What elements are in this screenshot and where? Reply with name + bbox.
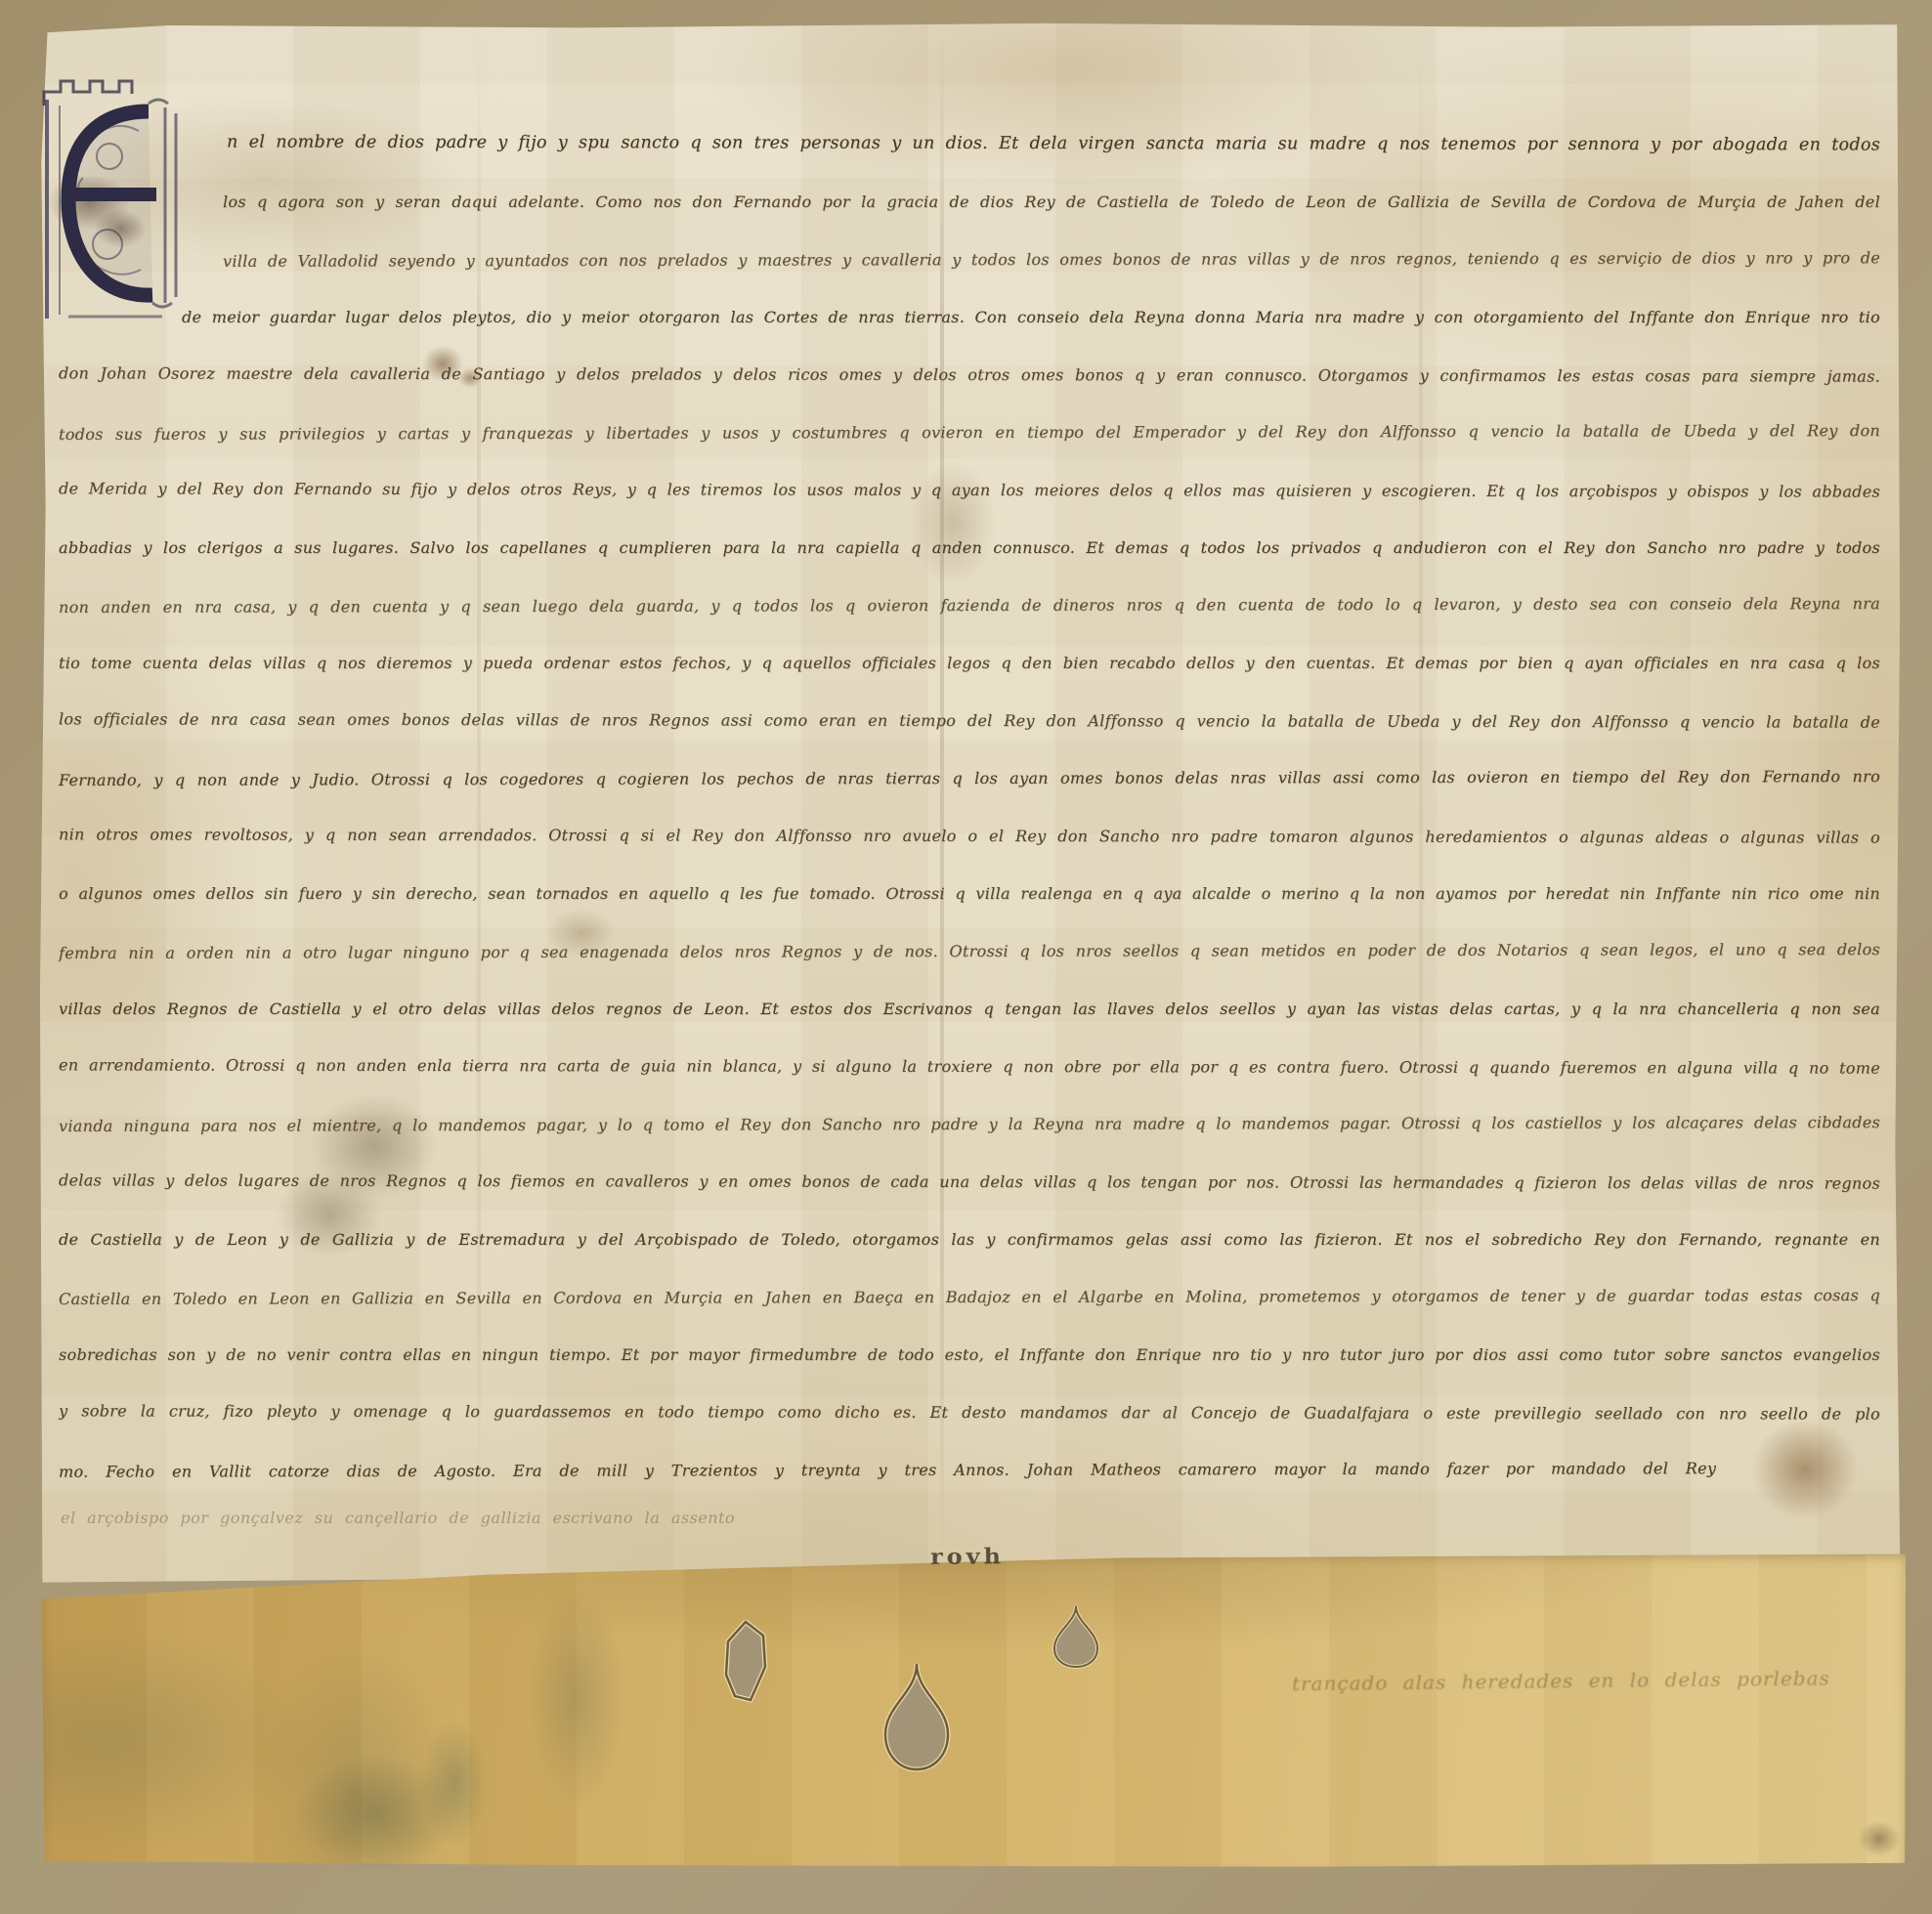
seal-slit-teardrop-right: [1052, 1604, 1100, 1673]
manuscript-line-21: Castiella en Toledo en Leon en Gallizia …: [59, 1266, 1880, 1328]
manuscript-line-16: villas delos Regnos de Castiella y el ot…: [59, 980, 1880, 1038]
manuscript-line-20: de Castiella y de Leon y de Gallizia y d…: [59, 1211, 1880, 1268]
fold-archival-mark: rovh: [930, 1541, 1067, 1572]
manuscript-line-5: don Johan Osorez maestre dela cavalleria…: [59, 344, 1880, 404]
manuscript-line-17: en arrendamiento. Otrossi q non anden en…: [59, 1036, 1880, 1096]
manuscript-line-3: villa de Valladolid seyendo y ayuntados …: [223, 229, 1880, 290]
manuscript-line-4: de meior guardar lugar delos pleytos, di…: [182, 288, 1880, 346]
manuscript-line-9: non anden en nra casa, y q den cuenta y …: [59, 574, 1880, 636]
manuscript-line-7: de Merida y del Rey don Fernando su fijo…: [59, 459, 1880, 520]
manuscript-line-24: mo. Fecho en Vallit catorze dias de Agos…: [59, 1439, 1716, 1501]
manuscript-line-10: tio tome cuenta delas villas q nos diere…: [59, 634, 1880, 692]
manuscript-line-19: delas villas y delos lugares de nros Reg…: [59, 1151, 1880, 1212]
manuscript-line-2: los q agora son y seran daqui adelante. …: [223, 173, 1880, 231]
plica-fold: [39, 1546, 1908, 1868]
manuscript-line-23: y sobre la cruz, fizo pleyto y omenage q…: [59, 1382, 1880, 1442]
plica-annotation: trançado alas heredades en lo delas porl…: [1292, 1652, 1879, 1709]
manuscript-line-13: nin otros omes revoltosos, y q non sean …: [59, 805, 1880, 866]
seal-slit-lozenge-left: [721, 1620, 770, 1708]
manuscript-line-11: los officiales de nra casa sean omes bon…: [59, 690, 1880, 750]
manuscript-line-15: fembra nin a orden nin a otro lugar ning…: [59, 920, 1880, 982]
scribe-subscription-line: el arçobispo por gonçalvez su cançellari…: [61, 1497, 823, 1540]
manuscript-text-block: n el nombre de dios padre y fijo y spu s…: [59, 115, 1880, 1499]
manuscript-line-12: Fernando, y q non ande y Judio. Otrossi …: [59, 747, 1880, 809]
seal-slit-teardrop-center: [882, 1661, 951, 1776]
manuscript-line-14: o algunos omes dellos sin fuero y sin de…: [59, 865, 1880, 922]
manuscript-line-1: n el nombre de dios padre y fijo y spu s…: [227, 114, 1880, 175]
manuscript-line-22: sobredichas son y de no venir contra ell…: [59, 1326, 1880, 1383]
manuscript-line-8: abbadias y los clerigos a sus lugares. S…: [59, 519, 1880, 576]
manuscript-line-6: todos sus fueros y sus privilegios y car…: [59, 402, 1880, 463]
manuscript-line-18: vianda ninguna para nos el mientre, q lo…: [59, 1093, 1880, 1155]
photo-backing-board: n el nombre de dios padre y fijo y spu s…: [0, 0, 1932, 1914]
